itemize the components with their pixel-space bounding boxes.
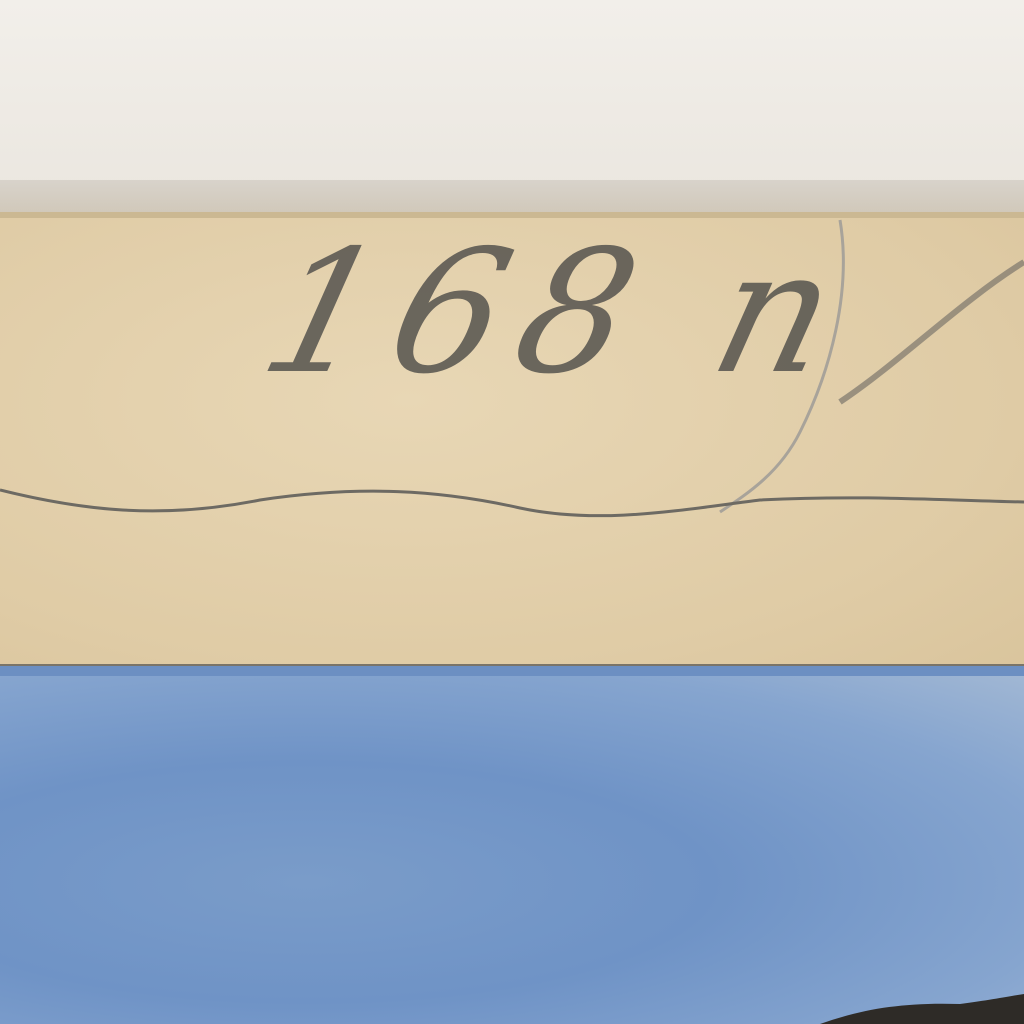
pencil-wave-line	[0, 470, 1024, 530]
white-mount-board	[0, 0, 1024, 190]
watercolor-top-edge	[0, 664, 1024, 676]
dark-ink-shape	[0, 960, 1024, 1024]
